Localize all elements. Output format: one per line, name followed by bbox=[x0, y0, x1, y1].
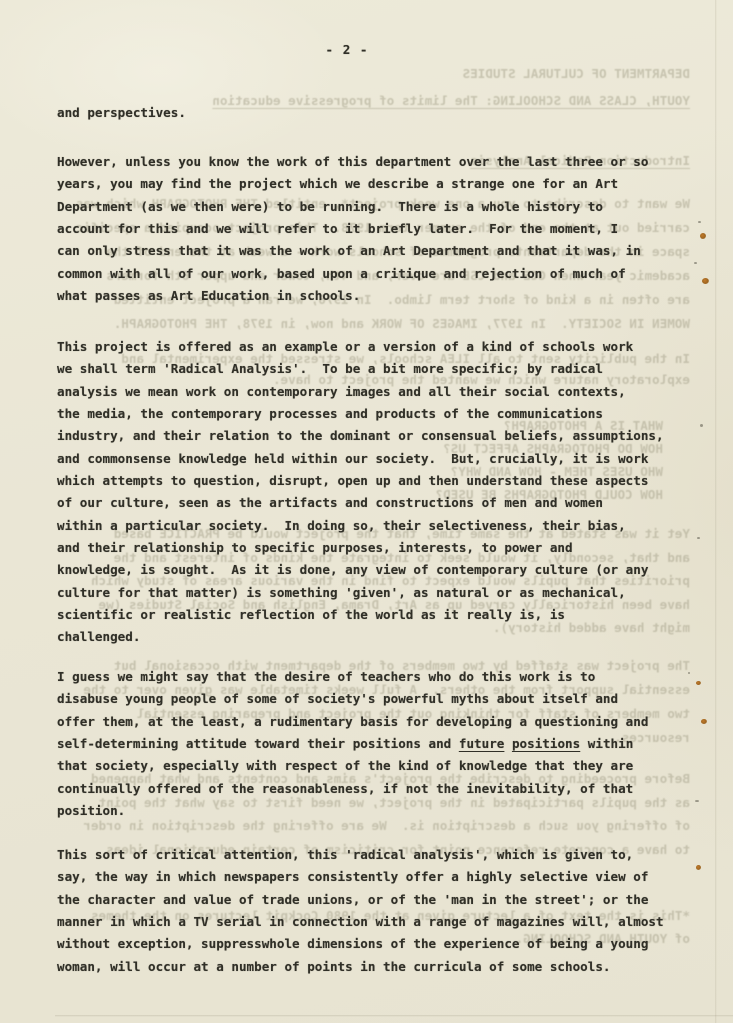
bleed-department-header: DEPARTMENT OF CULTURAL STUDIES bbox=[30, 62, 690, 86]
vertical-crease bbox=[715, 0, 717, 1023]
bottom-crease bbox=[55, 1015, 733, 1017]
scanned-page: DEPARTMENT OF CULTURAL STUDIESYOUTH, CLA… bbox=[0, 0, 733, 1023]
ink-speck bbox=[695, 800, 699, 802]
paragraph-1: and perspectives. bbox=[57, 102, 685, 124]
page-number: - 2 - bbox=[0, 42, 694, 57]
rust-stain bbox=[702, 278, 709, 284]
underlined-word-positions: positions bbox=[512, 736, 580, 751]
paragraph-3: This project is offered as an example or… bbox=[57, 336, 685, 649]
ink-speck bbox=[694, 262, 697, 264]
ink-speck bbox=[700, 424, 703, 427]
word-space bbox=[504, 736, 512, 751]
paragraph-5: This sort of critical attention, this 'r… bbox=[57, 844, 685, 978]
rust-stain bbox=[700, 233, 706, 239]
ink-speck bbox=[698, 221, 701, 223]
ink-speck bbox=[697, 537, 700, 539]
ink-speck bbox=[688, 672, 690, 674]
paragraph-2: However, unless you know the work of thi… bbox=[57, 151, 685, 307]
paragraph-4: I guess we might say that the desire of … bbox=[57, 666, 685, 822]
underlined-word-future: future bbox=[459, 736, 505, 751]
rust-stain bbox=[696, 681, 701, 685]
rust-stain bbox=[696, 865, 701, 870]
rust-stain bbox=[701, 719, 707, 724]
